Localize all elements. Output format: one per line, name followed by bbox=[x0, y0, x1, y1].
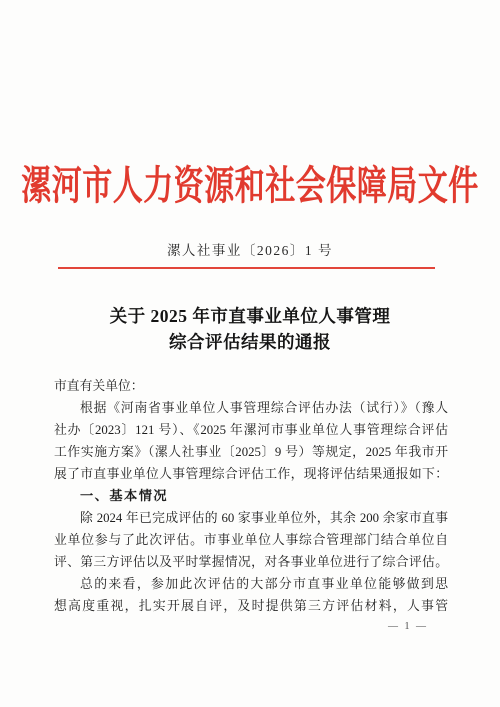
body-line: 想高度重视，扎实开展自评，及时提供第三方评估材料，人事管 bbox=[54, 595, 448, 617]
body-line: 工作实施方案》（漯人社事业〔2025〕9 号）等规定，2025 年我市开 bbox=[54, 441, 448, 463]
section-heading-basic-situation: 一、基本情况 bbox=[54, 485, 448, 507]
issuing-authority-header: 漯河市人力资源和社会保障局文件 bbox=[0, 153, 500, 211]
salutation-line: 市直有关单位： bbox=[54, 375, 448, 397]
red-divider-line bbox=[58, 267, 435, 269]
document-title-line-2: 综合评估结果的通报 bbox=[0, 329, 500, 355]
document-title-line-1: 关于 2025 年市直事业单位人事管理 bbox=[0, 303, 500, 329]
body-line: 根据《河南省事业单位人事管理综合评估办法（试行）》（豫人 bbox=[54, 397, 448, 419]
body-line: 除 2024 年已完成评估的 60 家事业单位外，其余 200 余家市直事 bbox=[54, 507, 448, 529]
body-line: 评、第三方评估以及平时掌握情况，对各事业单位进行了综合评估。 bbox=[54, 551, 448, 573]
document-body: 市直有关单位： 根据《河南省事业单位人事管理综合评估办法（试行）》（豫人 社办〔… bbox=[54, 375, 448, 617]
body-line: 社办〔2023〕121 号）、《2025 年漯河市事业单位人事管理综合评估 bbox=[54, 419, 448, 441]
document-title: 关于 2025 年市直事业单位人事管理 综合评估结果的通报 bbox=[0, 303, 500, 355]
page-number: — 1 — bbox=[388, 621, 428, 632]
body-line: 总的来看，参加此次评估的大部分市直事业单位能够做到思 bbox=[54, 573, 448, 595]
document-number: 漯人社事业〔2026〕1 号 bbox=[0, 239, 500, 259]
body-line: 展了市直事业单位人事管理综合评估工作，现将评估结果通报如下： bbox=[54, 463, 448, 485]
document-page: 漯河市人力资源和社会保障局文件 漯人社事业〔2026〕1 号 关于 2025 年… bbox=[0, 0, 500, 707]
body-line: 业单位参与了此次评估。市事业单位人事综合管理部门结合单位自 bbox=[54, 529, 448, 551]
